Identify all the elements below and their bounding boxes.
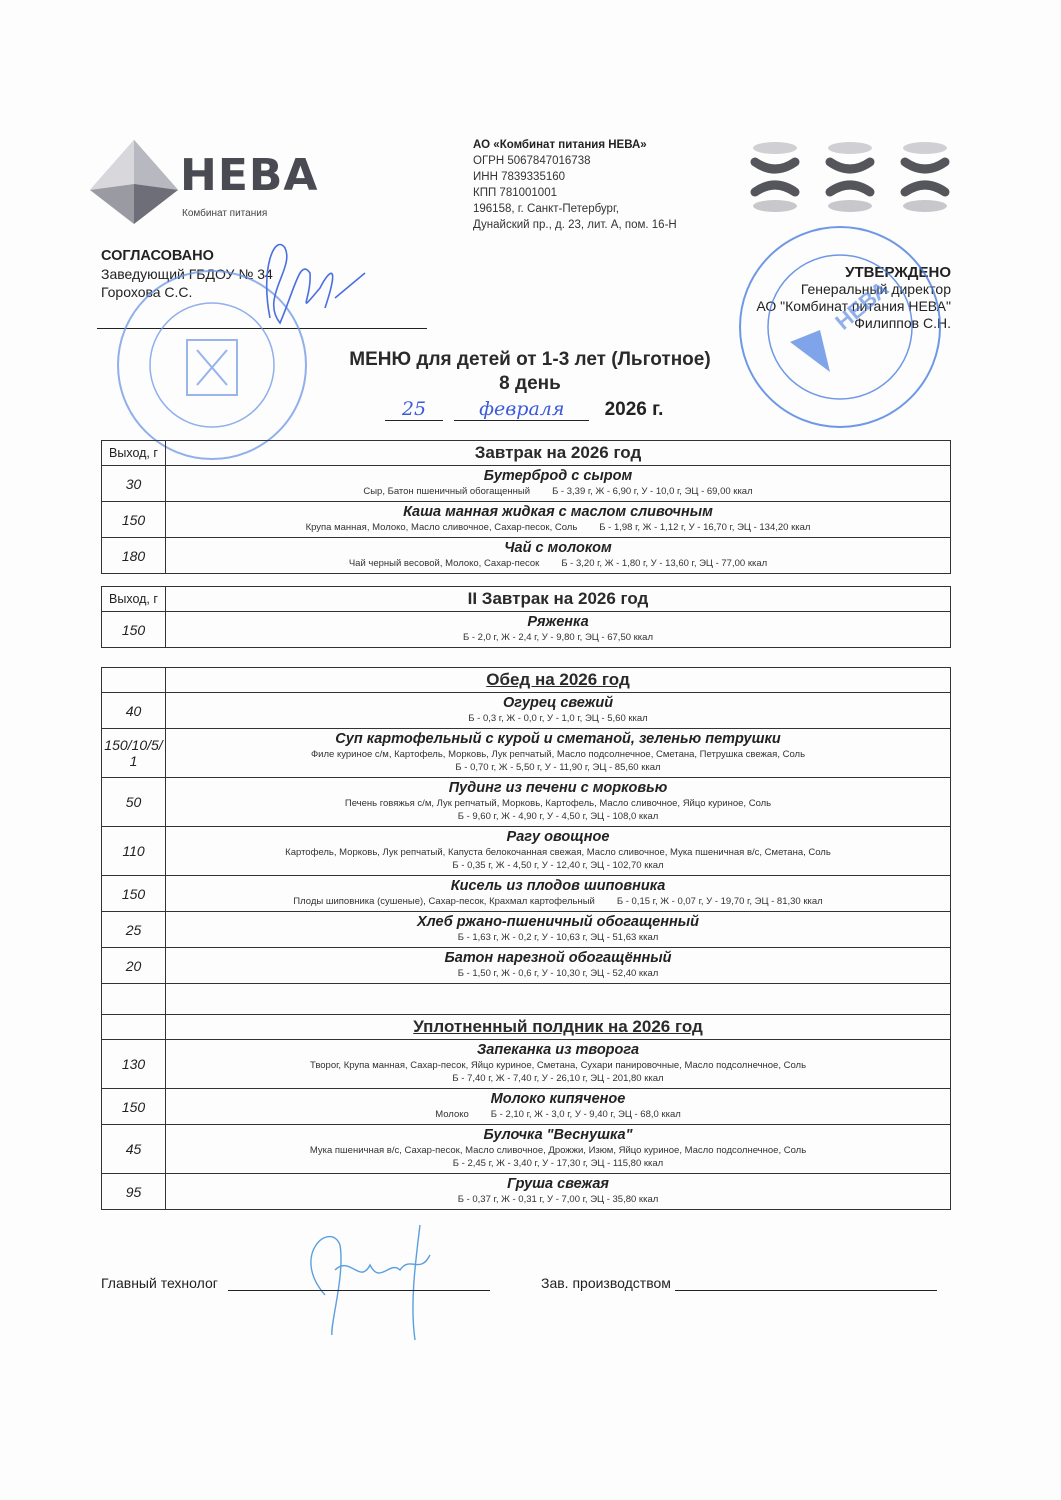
item-details: Батон нарезной обогащённыйБ - 1,50 г, Ж … [166, 948, 951, 984]
item-details: Суп картофельный с курой и сметаной, зел… [166, 729, 951, 778]
item-details: Запеканка из творогаТворог, Крупа манная… [166, 1040, 951, 1089]
menu-item-row: 150Молоко кипяченоеМолокоБ - 2,10 г, Ж -… [102, 1089, 951, 1125]
item-output-weight: 110 [102, 827, 166, 876]
date-month-handwritten: февраля [454, 398, 589, 421]
item-details: Булочка "Веснушка"Мука пшеничная в/с, Са… [166, 1125, 951, 1174]
section-header-row: Обед на 2026 год [102, 668, 951, 693]
output-value: 150 [102, 512, 165, 528]
section-header-row: Уплотненный полдник на 2026 год [102, 1015, 951, 1040]
dish-name: Пудинг из печени с морковью [166, 780, 950, 797]
output-value: 45 [102, 1141, 165, 1157]
date-day-handwritten: 25 [385, 398, 443, 421]
output-column-header: Выход, г [102, 441, 166, 466]
dish-composition-line: МолокоБ - 2,10 г, Ж - 3,0 г, У - 9,40 г,… [166, 1108, 950, 1121]
section-title: Обед на 2026 год [166, 670, 950, 690]
item-details: Хлеб ржано-пшеничный обогащенныйБ - 1,63… [166, 912, 951, 948]
item-details: Пудинг из печени с морковьюПечень говяжь… [166, 778, 951, 827]
dish-ingredients: Мука пшеничная в/с, Сахар-песок, Масло с… [166, 1144, 950, 1157]
agreed-title: СОГЛАСОВАНО [101, 247, 273, 265]
output-column-header [102, 1015, 166, 1040]
company-ogrn: ОГРН 5067847016738 [473, 153, 677, 169]
section-title: II Завтрак на 2026 год [166, 589, 950, 609]
item-details: Молоко кипяченоеМолокоБ - 2,10 г, Ж - 3,… [166, 1089, 951, 1125]
dish-composition-line: Чай черный весовой, Молоко, Сахар-песокБ… [166, 557, 950, 570]
dish-ingredients: Молоко [435, 1109, 469, 1120]
decorative-waves-icon [745, 140, 965, 220]
logo-subtitle: Комбинат питания [182, 208, 267, 219]
approved-position: Генеральный директор [756, 281, 951, 298]
dish-nutrition: Б - 3,39 г, Ж - 6,90 г, У - 10,0 г, ЭЦ -… [552, 486, 753, 497]
section-header-row: Выход, гЗавтрак на 2026 год [102, 441, 951, 466]
production-head-label: Зав. производством [541, 1275, 671, 1291]
menu-item-row: 45Булочка "Веснушка"Мука пшеничная в/с, … [102, 1125, 951, 1174]
item-output-weight: 95 [102, 1174, 166, 1210]
menu-item-row: 150Каша манная жидкая с маслом сливочным… [102, 502, 951, 538]
item-output-weight: 150 [102, 502, 166, 538]
item-output-weight: 150 [102, 1089, 166, 1125]
item-output-weight: 25 [102, 912, 166, 948]
output-value: 30 [102, 476, 165, 492]
item-details: РяженкаБ - 2,0 г, Ж - 2,4 г, У - 9,80 г,… [166, 612, 951, 648]
section-title-cell: Обед на 2026 год [166, 668, 951, 693]
item-details: Груша свежаяБ - 0,37 г, Ж - 0,31 г, У - … [166, 1174, 951, 1210]
item-output-weight: 30 [102, 466, 166, 502]
item-details: Бутерброд с сыромСыр, Батон пшеничный об… [166, 466, 951, 502]
dish-nutrition: Б - 0,37 г, Ж - 0,31 г, У - 7,00 г, ЭЦ -… [166, 1193, 950, 1206]
menu-day: 8 день [260, 372, 800, 396]
dish-nutrition: Б - 0,3 г, Ж - 0,0 г, У - 1,0 г, ЭЦ - 5,… [166, 712, 950, 725]
company-address-line1: 196158, г. Санкт-Петербург, [473, 201, 677, 217]
section-title-cell: Уплотненный полдник на 2026 год [166, 1015, 951, 1040]
company-kpp: КПП 781001001 [473, 185, 677, 201]
dish-composition-line: Плоды шиповника (сушеные), Сахар-песок, … [166, 895, 950, 908]
dish-nutrition: Б - 0,35 г, Ж - 4,50 г, У - 12,40 г, ЭЦ … [166, 859, 950, 872]
menu-item-row: 180Чай с молокомЧай черный весовой, Моло… [102, 538, 951, 574]
dish-nutrition: Б - 1,63 г, Ж - 0,2 г, У - 10,63 г, ЭЦ -… [166, 931, 950, 944]
section-header-row: Выход, гII Завтрак на 2026 год [102, 587, 951, 612]
chief-technologist-line [228, 1290, 490, 1291]
dish-nutrition: Б - 9,60 г, Ж - 4,90 г, У - 4,50 г, ЭЦ -… [166, 810, 950, 823]
item-details [166, 984, 951, 1015]
item-details: Чай с молокомЧай черный весовой, Молоко,… [166, 538, 951, 574]
menu-item-row: 40Огурец свежийБ - 0,3 г, Ж - 0,0 г, У -… [102, 693, 951, 729]
dish-ingredients: Филе куриное с/м, Картофель, Морковь, Лу… [166, 748, 950, 761]
company-details: АО «Комбинат питания НЕВА» ОГРН 50678470… [473, 137, 677, 233]
section-title-cell: II Завтрак на 2026 год [166, 587, 951, 612]
item-output-weight: 150 [102, 876, 166, 912]
agreed-name: Горохова С.С. [101, 283, 273, 301]
menu-item-row: 95Груша свежаяБ - 0,37 г, Ж - 0,31 г, У … [102, 1174, 951, 1210]
output-value: 40 [102, 703, 165, 719]
lunch-table: Обед на 2026 год40Огурец свежийБ - 0,3 г… [101, 667, 951, 1210]
logo-brand: НЕВА [180, 150, 318, 201]
dish-nutrition: Б - 3,20 г, Ж - 1,80 г, У - 13,60 г, ЭЦ … [561, 558, 767, 569]
menu-item-row: 130Запеканка из творогаТворог, Крупа ман… [102, 1040, 951, 1089]
dish-nutrition: Б - 1,98 г, Ж - 1,12 г, У - 16,70 г, ЭЦ … [599, 522, 810, 533]
item-output-weight: 150/10/5/ 1 [102, 729, 166, 778]
item-output-weight: 150 [102, 612, 166, 648]
dish-name: Молоко кипяченое [166, 1091, 950, 1108]
item-output-weight: 50 [102, 778, 166, 827]
dish-nutrition: Б - 2,10 г, Ж - 3,0 г, У - 9,40 г, ЭЦ - … [491, 1109, 681, 1120]
company-logo: НЕВА Комбинат питания [90, 140, 330, 230]
company-inn: ИНН 7839335160 [473, 169, 677, 185]
item-details: Каша манная жидкая с маслом сливочнымКру… [166, 502, 951, 538]
dish-nutrition: Б - 2,45 г, Ж - 3,40 г, У - 17,30 г, ЭЦ … [166, 1157, 950, 1170]
output-value: 95 [102, 1184, 165, 1200]
dish-name: Суп картофельный с курой и сметаной, зел… [166, 731, 950, 748]
dish-name: Бутерброд с сыром [166, 468, 950, 485]
dish-ingredients: Крупа манная, Молоко, Масло сливочное, С… [306, 522, 578, 533]
dish-nutrition: Б - 1,50 г, Ж - 0,6 г, У - 10,30 г, ЭЦ -… [166, 967, 950, 980]
date-year: 2026 г. [605, 399, 664, 420]
document-title: МЕНЮ для детей от 1-3 лет (Льготное) 8 д… [260, 348, 800, 396]
menu-item-row: 50Пудинг из печени с морковьюПечень говя… [102, 778, 951, 827]
output-value: 150 [102, 622, 165, 638]
agreed-position: Заведующий ГБДОУ № 34 [101, 265, 273, 283]
company-address-line2: Дунайский пр., д. 23, лит. А, пом. 16-Н [473, 217, 677, 233]
menu-item-row: 150РяженкаБ - 2,0 г, Ж - 2,4 г, У - 9,80… [102, 612, 951, 648]
dish-ingredients: Чай черный весовой, Молоко, Сахар-песок [349, 558, 539, 569]
item-output-weight: 45 [102, 1125, 166, 1174]
menu-item-row: 150/10/5/ 1Суп картофельный с курой и см… [102, 729, 951, 778]
dish-nutrition: Б - 0,70 г, Ж - 5,50 г, У - 11,90 г, ЭЦ … [166, 761, 950, 774]
dish-name: Хлеб ржано-пшеничный обогащенный [166, 914, 950, 931]
approved-org: АО "Комбинат питания НЕВА" [756, 298, 951, 315]
menu-item-row: 20Батон нарезной обогащённыйБ - 1,50 г, … [102, 948, 951, 984]
output-value: 150/10/5/ 1 [102, 737, 165, 769]
company-name: АО «Комбинат питания НЕВА» [473, 137, 677, 153]
output-value: 20 [102, 958, 165, 974]
item-details: Кисель из плодов шиповникаПлоды шиповник… [166, 876, 951, 912]
dish-ingredients: Сыр, Батон пшеничный обогащенный [363, 486, 530, 497]
item-output-weight: 130 [102, 1040, 166, 1089]
production-head-line [675, 1290, 937, 1291]
dish-ingredients: Картофель, Морковь, Лук репчатый, Капуст… [166, 846, 950, 859]
dish-name: Чай с молоком [166, 540, 950, 557]
menu-item-row: 110Рагу овощноеКартофель, Морковь, Лук р… [102, 827, 951, 876]
dish-name: Запеканка из творога [166, 1042, 950, 1059]
second-breakfast-table: Выход, гII Завтрак на 2026 год150Ряженка… [101, 586, 951, 648]
agreed-signature-line [97, 328, 427, 329]
dish-ingredients: Творог, Крупа манная, Сахар-песок, Яйцо … [166, 1059, 950, 1072]
chief-technologist-signature: Главный технолог [101, 1275, 490, 1291]
dish-name: Батон нарезной обогащённый [166, 950, 950, 967]
dish-nutrition: Б - 7,40 г, Ж - 7,40 г, У - 26,10 г, ЭЦ … [166, 1072, 950, 1085]
output-value: 110 [102, 843, 165, 859]
item-output-weight: 20 [102, 948, 166, 984]
output-column-header: Выход, г [102, 587, 166, 612]
breakfast-table: Выход, гЗавтрак на 2026 год30Бутерброд с… [101, 440, 951, 574]
menu-title: МЕНЮ для детей от 1-3 лет (Льготное) [260, 348, 800, 372]
agreed-block: СОГЛАСОВАНО Заведующий ГБДОУ № 34 Горохо… [101, 247, 273, 301]
document-date: 25 февраля 2026 г. [385, 398, 663, 421]
dish-name: Кисель из плодов шиповника [166, 878, 950, 895]
dish-name: Каша манная жидкая с маслом сливочным [166, 504, 950, 521]
item-details: Рагу овощноеКартофель, Морковь, Лук репч… [166, 827, 951, 876]
output-value: 180 [102, 548, 165, 564]
output-value: 50 [102, 794, 165, 810]
menu-item-row [102, 984, 951, 1015]
dish-name: Рагу овощное [166, 829, 950, 846]
dish-name: Огурец свежий [166, 695, 950, 712]
approved-title: УТВЕРЖДЕНО [756, 264, 951, 281]
output-value: 150 [102, 886, 165, 902]
output-value: 25 [102, 922, 165, 938]
dish-nutrition: Б - 2,0 г, Ж - 2,4 г, У - 9,80 г, ЭЦ - 6… [166, 631, 950, 644]
item-output-weight: 180 [102, 538, 166, 574]
output-value: 130 [102, 1056, 165, 1072]
pyramid-logo-icon [90, 140, 178, 224]
dish-ingredients: Плоды шиповника (сушеные), Сахар-песок, … [293, 896, 595, 907]
output-value: 150 [102, 1099, 165, 1115]
chief-technologist-label: Главный технолог [101, 1275, 218, 1291]
menu-item-row: 150Кисель из плодов шиповникаПлоды шипов… [102, 876, 951, 912]
dish-composition-line: Сыр, Батон пшеничный обогащенныйБ - 3,39… [166, 485, 950, 498]
production-head-signature: Зав. производством [541, 1275, 937, 1291]
menu-item-row: 25Хлеб ржано-пшеничный обогащенныйБ - 1,… [102, 912, 951, 948]
dish-name: Ряженка [166, 614, 950, 631]
section-title: Уплотненный полдник на 2026 год [166, 1017, 950, 1037]
approved-block: УТВЕРЖДЕНО Генеральный директор АО "Комб… [756, 264, 951, 332]
item-details: Огурец свежийБ - 0,3 г, Ж - 0,0 г, У - 1… [166, 693, 951, 729]
approved-name: Филиппов С.Н. [756, 315, 951, 332]
dish-nutrition: Б - 0,15 г, Ж - 0,07 г, У - 19,70 г, ЭЦ … [617, 896, 823, 907]
item-output-weight: 40 [102, 693, 166, 729]
menu-item-row: 30Бутерброд с сыромСыр, Батон пшеничный … [102, 466, 951, 502]
dish-composition-line: Крупа манная, Молоко, Масло сливочное, С… [166, 521, 950, 534]
section-title: Завтрак на 2026 год [166, 443, 950, 463]
item-output-weight [102, 984, 166, 1015]
dish-name: Булочка "Веснушка" [166, 1127, 950, 1144]
dish-ingredients: Печень говяжья с/м, Лук репчатый, Морков… [166, 797, 950, 810]
dish-name: Груша свежая [166, 1176, 950, 1193]
output-column-header [102, 668, 166, 693]
section-title-cell: Завтрак на 2026 год [166, 441, 951, 466]
